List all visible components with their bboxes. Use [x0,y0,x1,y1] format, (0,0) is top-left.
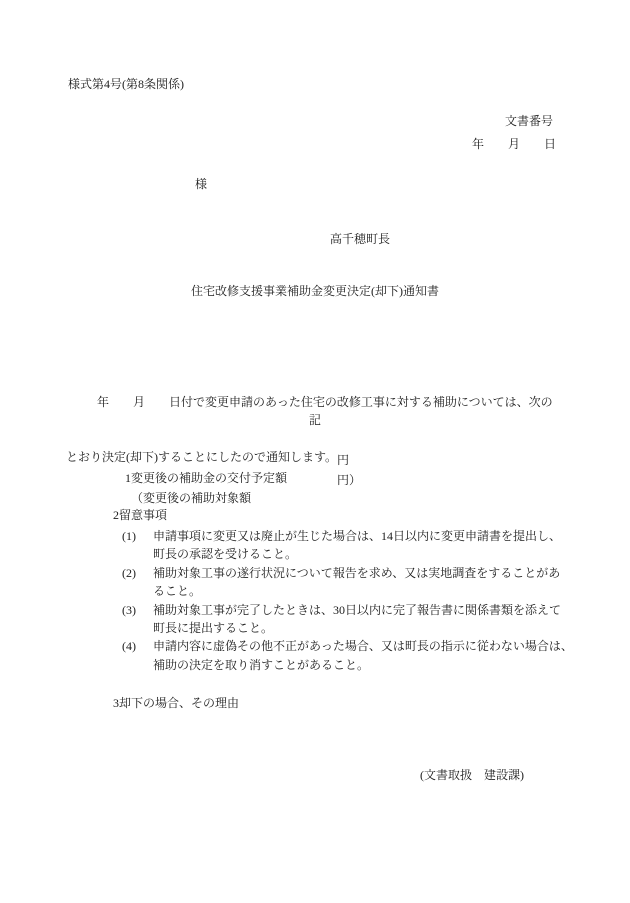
addressee-honorific: 様 [195,175,207,193]
document-title: 住宅改修支援事業補助金変更決定(却下)通知書 [0,282,630,300]
item-text: 補助対象工事の遂行状況について報告を求め、又は実地調査をすることがあ ること。 [153,564,582,601]
document-number-label: 文書番号 [505,112,553,130]
list-item: (3) 補助対象工事が完了したときは、30日以内に完了報告書に関係書類を添えて … [122,601,582,638]
item-text: 申請内容に虚偽その他不正があった場合、又は町長の指示に従わない場合は、 補助の決… [153,637,582,674]
item-number: (3) [122,601,153,638]
document-page: 様式第4号(第8条関係) 文書番号 年 月 日 様 高千穂町長 住宅改修支援事業… [0,0,630,903]
body-line: 年 月 日付で変更申請のあった住宅の改修工事に対する補助については、次の [66,393,566,411]
item-text: 申請事項に変更又は廃止が生じた場合は、14日以内に変更申請書を提出し、 町長の承… [153,527,582,564]
notes-section-heading: 2留意事項 [113,506,167,524]
handling-department-note: (文書取扱 建設課) [420,766,524,784]
notes-list: (1) 申請事項に変更又は廃止が生じた場合は、14日以内に変更申請書を提出し、 … [122,527,582,674]
sender-title: 高千穂町長 [330,230,390,248]
item-text: 補助対象工事が完了したときは、30日以内に完了報告書に関係書類を添えて 町長に提… [153,601,582,638]
record-heading: 記 [0,411,630,429]
grant-amount-unit: 円 [337,451,349,469]
item-number: (1) [122,527,153,564]
list-item: (2) 補助対象工事の遂行状況について報告を求め、又は実地調査をすることがあ る… [122,564,582,601]
sub-amount-unit: 円） [337,471,361,489]
form-number-label: 様式第4号(第8条関係) [68,75,184,93]
sub-amount-label: （変更後の補助対象額 [125,491,251,505]
item-number: (2) [122,564,153,601]
item-number: (4) [122,637,153,674]
rejection-section-heading: 3却下の場合、その理由 [113,694,239,712]
list-item: (4) 申請内容に虚偽その他不正があった場合、又は町長の指示に従わない場合は、 … [122,637,582,674]
date-blank-field: 年 月 日 [472,135,556,153]
list-item: (1) 申請事項に変更又は廃止が生じた場合は、14日以内に変更申請書を提出し、 … [122,527,582,564]
